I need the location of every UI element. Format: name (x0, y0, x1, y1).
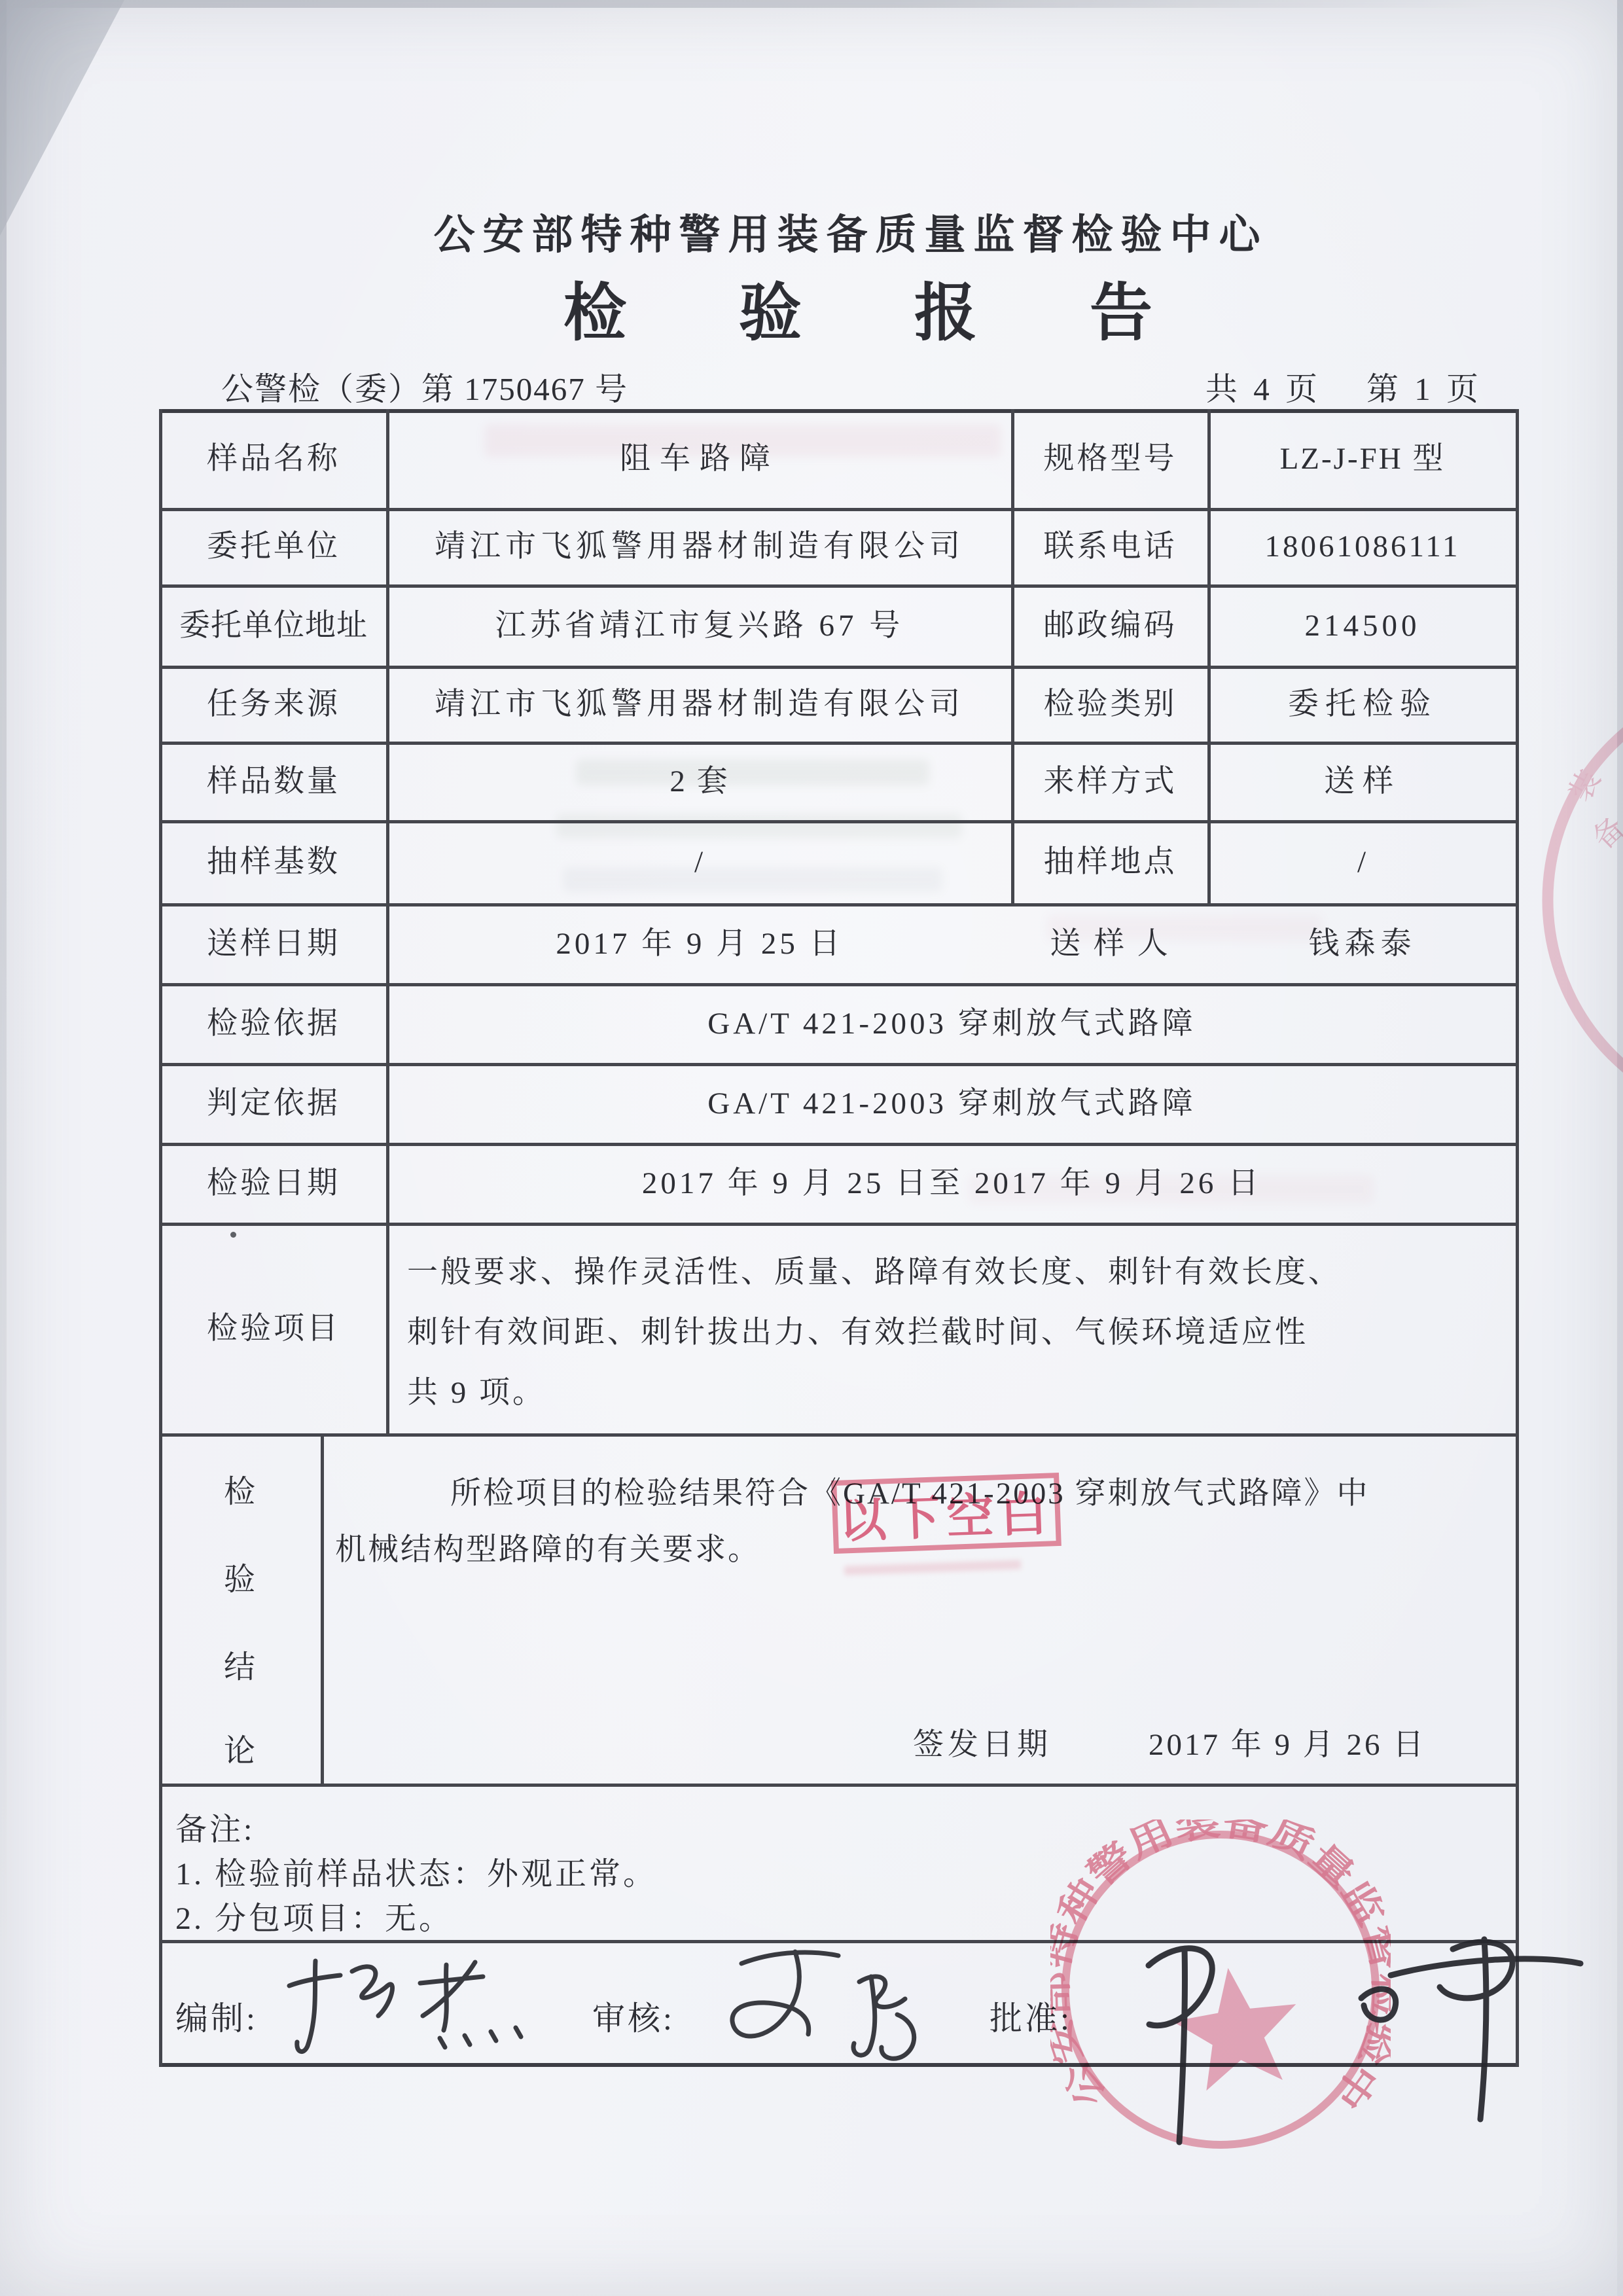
row-value: LZ-J-FH 型 (1211, 412, 1514, 506)
row-label: 委托单位 (162, 511, 385, 583)
notes-line-1: 1. 检验前样品状态：外观正常。 (175, 1848, 657, 1893)
row-label: 检验项目 (162, 1226, 385, 1431)
row-value: 2 套 (389, 745, 1010, 818)
scan-corner-shadow (0, 0, 124, 236)
row-label: 送 样 人 (1014, 906, 1206, 981)
row-label: 抽样基数 (162, 823, 385, 901)
row-value: 钱森泰 (1211, 906, 1514, 981)
items-line-1: 一般要求、操作灵活性、质量、路障有效长度、刺针有效长度、 (407, 1247, 1342, 1291)
row-label: 规格型号 (1014, 412, 1206, 506)
row-label: 来样方式 (1014, 745, 1206, 818)
conclusion-label-char: 检 (224, 1466, 255, 1511)
row-value: 2017 年 9 月 25 日至 2017 年 9 月 26 日 (389, 1146, 1514, 1221)
row-value: 靖江市飞狐警用器材制造有限公司 (389, 669, 1010, 740)
prepared-signature-handwriting (275, 1943, 582, 2067)
prepared-label: 编制: (175, 1992, 258, 2039)
reviewed-signature-handwriting (704, 1936, 959, 2077)
conclusion-line-2: 机械结构型路障的有关要求。 (335, 1525, 760, 1569)
row-label: 委托单位地址 (162, 588, 385, 664)
row-label: 抽样地点 (1014, 823, 1206, 901)
notes-line-2: 2. 分包项目：无。 (175, 1893, 453, 1938)
row-value: GA/T 421-2003 穿刺放气式路障 (389, 986, 1514, 1061)
page-number: 第 1 页 (1366, 364, 1482, 410)
pages-total: 共 4 页 (1205, 364, 1321, 410)
row-value: 214500 (1211, 588, 1514, 664)
row-label: 判定依据 (162, 1066, 385, 1141)
row-value: 2017 年 9 月 25 日 (389, 906, 1010, 981)
notes-title: 备注: (175, 1804, 255, 1849)
blank-below-stamp: 以下空白 (831, 1473, 1061, 1554)
items-line-3: 共 9 项。 (407, 1368, 546, 1412)
inspection-report-page: 公安部特种警用装备质量监督检验中心 检 验 报 告 公警检（委）第 175046… (0, 0, 1623, 2296)
edge-partial-seal: 装 备 (1538, 668, 1623, 1126)
issue-date-label: 签发日期 (913, 1720, 1052, 1764)
row-value: 江苏省靖江市复兴路 67 号 (389, 588, 1010, 664)
row-value: / (389, 823, 1010, 901)
row-value: / (1211, 823, 1514, 901)
row-label: 样品数量 (162, 745, 385, 818)
row-value: GA/T 421-2003 穿刺放气式路障 (389, 1066, 1514, 1141)
approved-signature-handwriting (1086, 1910, 1603, 2172)
row-label: 任务来源 (162, 669, 385, 740)
conclusion-label-char: 结 (224, 1641, 255, 1687)
items-line-2: 刺针有效间距、刺针拔出力、有效拦截时间、气候环境适应性 (407, 1308, 1308, 1352)
row-value: 委托检验 (1211, 669, 1514, 740)
conclusion-label-char: 论 (224, 1725, 255, 1770)
row-value: 18061086111 (1211, 511, 1514, 583)
reviewed-label: 审核: (592, 1992, 675, 2039)
row-label: 检验日期 (162, 1146, 385, 1221)
row-label: 送样日期 (162, 906, 385, 981)
stamp-ghost-smudge (844, 1560, 1021, 1575)
row-label: 样品名称 (162, 412, 385, 506)
row-label: 联系电话 (1014, 511, 1206, 583)
row-label: 检验依据 (162, 986, 385, 1061)
conclusion-label-char: 验 (224, 1554, 255, 1599)
row-value: 送样 (1211, 745, 1514, 818)
edge-seal-char: 备 (1586, 810, 1623, 855)
report-number: 公警检（委）第 1750467 号 (221, 364, 628, 410)
row-label: 检验类别 (1014, 669, 1206, 740)
scan-top-shadow (0, 0, 1623, 8)
row-value: 阻车路障 (389, 412, 1010, 506)
issue-date-value: 2017 年 9 月 26 日 (1149, 1720, 1426, 1764)
org-title: 公安部特种警用装备质量监督检验中心 (0, 202, 1623, 261)
row-value: 靖江市飞狐警用器材制造有限公司 (389, 511, 1010, 583)
row-label: 邮政编码 (1014, 588, 1206, 664)
report-title: 检 验 报 告 (0, 263, 1623, 353)
